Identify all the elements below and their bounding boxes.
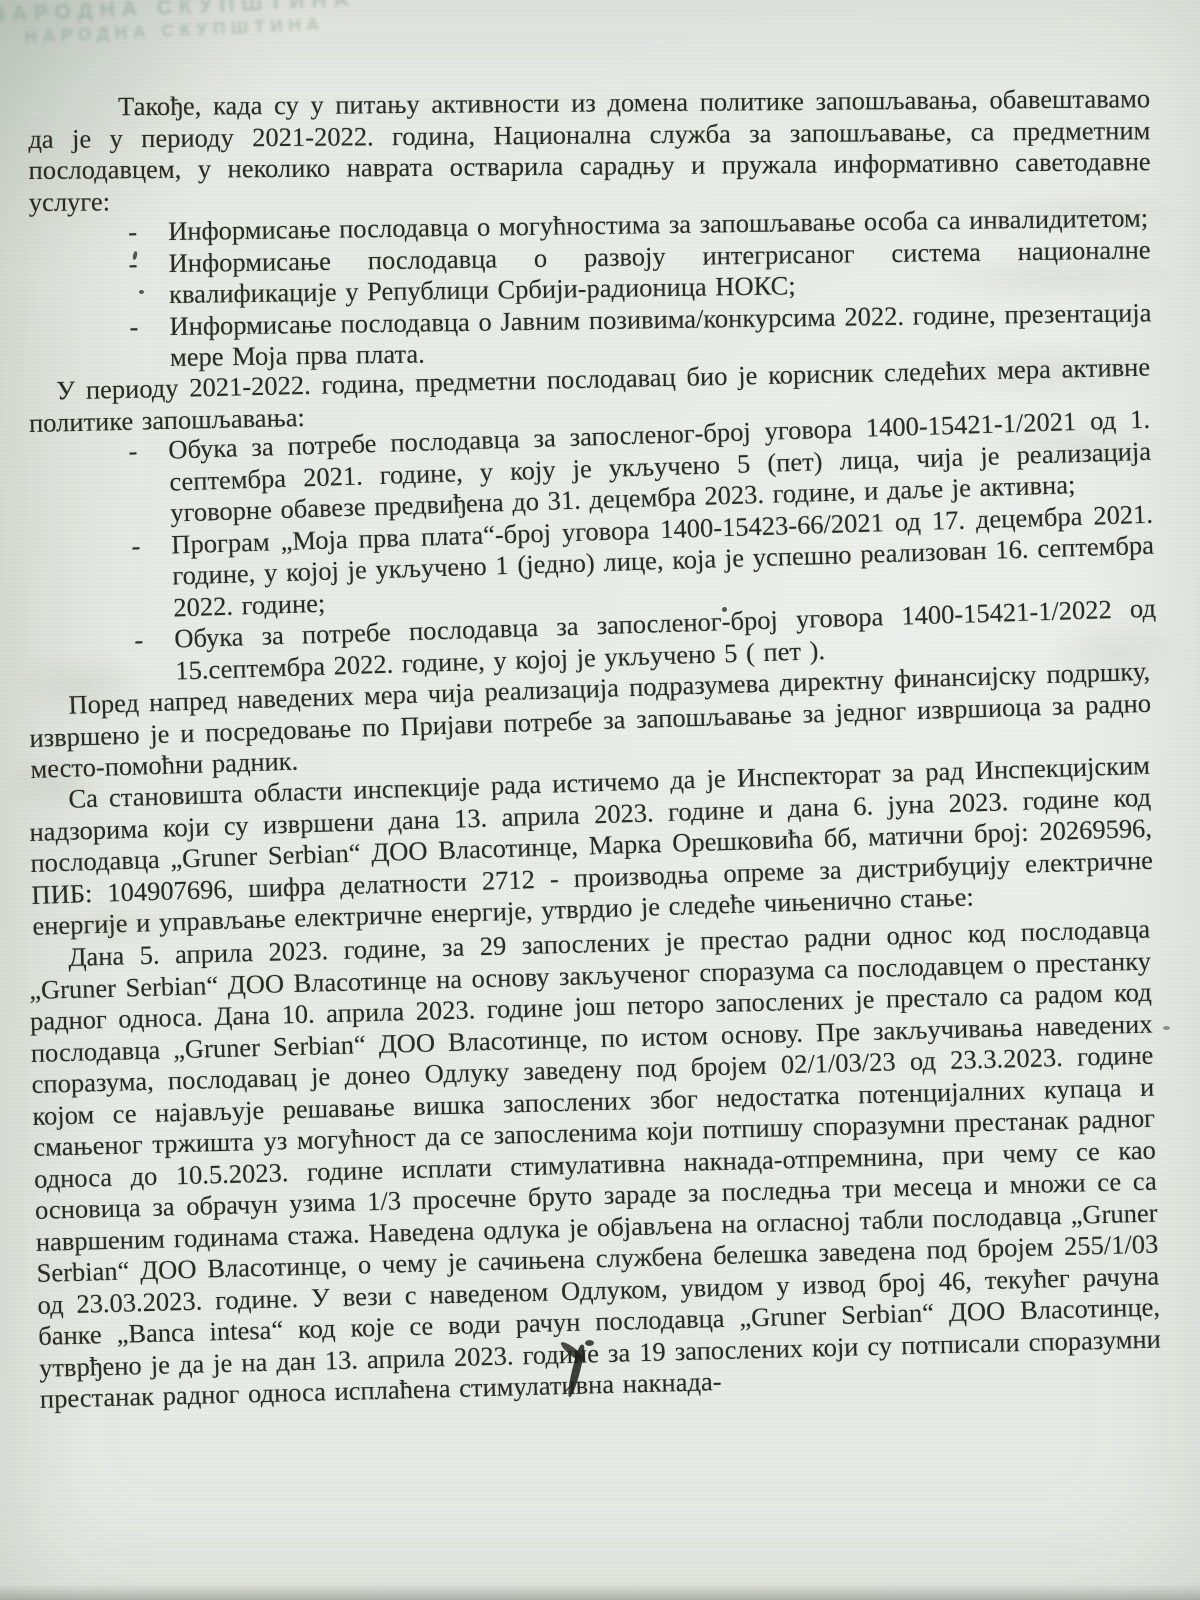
- services-list: - Информисање послодавца о могућностима …: [28, 202, 1152, 375]
- paper-speck: [139, 290, 144, 294]
- intro-paragraph: Такође, када су у питању активности из д…: [28, 83, 1151, 218]
- list-dash: -: [131, 530, 141, 562]
- list-dash: -: [128, 435, 138, 467]
- bleedthrough-stamp: НАРОДНА СКУПШТИНА НАРОДНА СКУПШТИНА: [0, 0, 391, 55]
- list-dash: -: [134, 624, 144, 656]
- list-dash: -: [128, 216, 137, 248]
- measures-list: - Обука за потребе послодавца за запосле…: [28, 403, 1157, 690]
- scanned-document-page: НАРОДНА СКУПШТИНА НАРОДНА СКУПШТИНА Тако…: [0, 0, 1200, 1600]
- list-dash: -: [129, 311, 138, 343]
- ink-smudge: [585, 1340, 594, 1346]
- document-text: Такође, када су у питању активности из д…: [28, 92, 1150, 1415]
- paper-speck: [1163, 1026, 1170, 1030]
- findings-paragraph: Дана 5. априла 2023. године, за 29 запос…: [28, 913, 1162, 1415]
- paper-speck: [722, 607, 727, 612]
- list-item-text: Информисање послодавца о развоју интегри…: [168, 234, 1150, 309]
